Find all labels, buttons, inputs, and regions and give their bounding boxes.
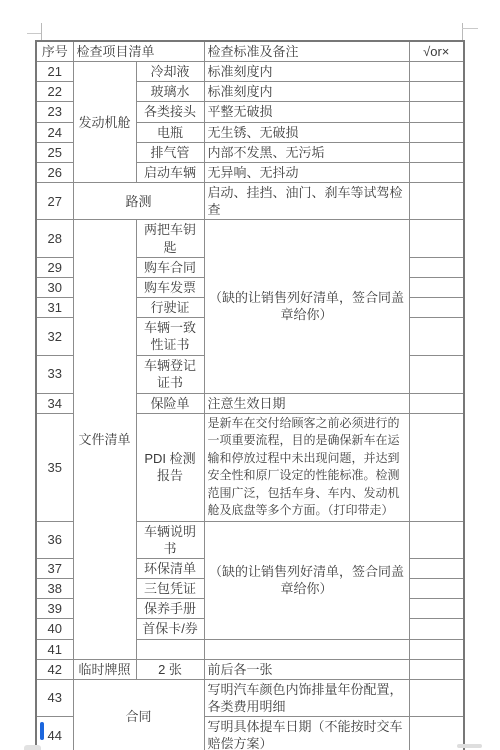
check-cell[interactable] (409, 183, 464, 220)
check-cell[interactable] (409, 619, 464, 639)
row-no: 22 (36, 82, 73, 102)
item-cell: 购车发票 (136, 277, 204, 297)
standard-cell: 标准刻度内 (204, 62, 409, 82)
row-no: 29 (36, 257, 73, 277)
item-cell: 启动车辆 (136, 162, 204, 182)
header-standard: 检查标准及备注 (204, 41, 409, 62)
table-row: 21 发动机舱 冷却液 标准刻度内 (36, 62, 464, 82)
text-cursor (40, 722, 44, 740)
item-cell (136, 639, 204, 659)
standard-cell (204, 639, 409, 659)
table-continuation-mark-right (462, 23, 463, 40)
check-cell[interactable] (409, 521, 464, 558)
row-no: 35 (36, 413, 73, 521)
table-continuation-mark-left (41, 23, 42, 40)
row-no: 33 (36, 355, 73, 393)
standard-cell: 前后各一张 (204, 659, 409, 679)
header-items: 检查项目清单 (73, 41, 204, 62)
table-row: 43 合同 写明汽车颜色内饰排量年份配置，各类费用明细 (36, 679, 464, 716)
check-cell[interactable] (409, 413, 464, 521)
standard-cell: 无异响、无抖动 (204, 162, 409, 182)
item-cell: 电瓶 (136, 122, 204, 142)
category-road-test: 路测 (73, 183, 204, 220)
header-check: √or× (409, 41, 464, 62)
check-cell[interactable] (409, 122, 464, 142)
missing-docs-note-2: （缺的让销售列好清单，签合同盖章给你） (204, 521, 409, 639)
table-continuation-mark-right-h (462, 28, 478, 29)
row-no: 21 (36, 62, 73, 82)
check-cell[interactable] (409, 717, 464, 750)
check-cell[interactable] (409, 599, 464, 619)
item-cell: 保险单 (136, 393, 204, 413)
item-cell: 冷却液 (136, 62, 204, 82)
row-no: 23 (36, 102, 73, 122)
table-row: 42 临时牌照 2 张 前后各一张 (36, 659, 464, 679)
document-page: 序号 检查项目清单 检查标准及备注 √or× 21 发动机舱 冷却液 标准刻度内… (0, 0, 500, 750)
check-cell[interactable] (409, 393, 464, 413)
check-cell[interactable] (409, 220, 464, 257)
check-cell[interactable] (409, 558, 464, 578)
table-row: 27 路测 启动、挂挡、油门、刹车等试驾检查 (36, 183, 464, 220)
check-cell[interactable] (409, 162, 464, 182)
row-no: 42 (36, 659, 73, 679)
missing-docs-note-1: （缺的让销售列好清单，签合同盖章给你） (204, 220, 409, 393)
check-cell[interactable] (409, 142, 464, 162)
check-cell[interactable] (409, 257, 464, 277)
item-cell: 行驶证 (136, 298, 204, 318)
item-cell: PDI 检测报告 (136, 413, 204, 521)
item-cell: 各类接头 (136, 102, 204, 122)
pdi-description-cell: 是新车在交付给顾客之前必须进行的一项重要流程，目的是确保新车在运输和停放过程中未… (204, 413, 409, 521)
row-no: 31 (36, 298, 73, 318)
row-no: 30 (36, 277, 73, 297)
row-no: 27 (36, 183, 73, 220)
check-cell[interactable] (409, 277, 464, 297)
category-engine-bay: 发动机舱 (73, 62, 136, 183)
item-cell: 环保清单 (136, 558, 204, 578)
row-no: 24 (36, 122, 73, 142)
row-no: 36 (36, 521, 73, 558)
row-no: 41 (36, 639, 73, 659)
table-header-row: 序号 检查项目清单 检查标准及备注 √or× (36, 41, 464, 62)
row-no: 37 (36, 558, 73, 578)
inspection-checklist-table[interactable]: 序号 检查项目清单 检查标准及备注 √or× 21 发动机舱 冷却液 标准刻度内… (35, 40, 465, 750)
category-contract: 合同 (73, 679, 204, 750)
check-cell[interactable] (409, 102, 464, 122)
standard-cell: 写明具体提车日期（不能按时交车赔偿方案） (204, 717, 409, 750)
check-cell[interactable] (409, 298, 464, 318)
check-cell[interactable] (409, 82, 464, 102)
item-cell: 首保卡/券 (136, 619, 204, 639)
row-no: 28 (36, 220, 73, 257)
bottom-left-ui-fragment (24, 745, 41, 750)
standard-cell: 无生锈、无破损 (204, 122, 409, 142)
standard-cell: 内部不发黑、无污垢 (204, 142, 409, 162)
item-cell: 三包凭证 (136, 579, 204, 599)
check-cell[interactable] (409, 659, 464, 679)
row-no: 39 (36, 599, 73, 619)
header-no: 序号 (36, 41, 73, 62)
check-cell[interactable] (409, 679, 464, 716)
row-no: 25 (36, 142, 73, 162)
category-temp-plate: 临时牌照 (73, 659, 136, 679)
row-no: 32 (36, 318, 73, 355)
standard-cell: 写明汽车颜色内饰排量年份配置，各类费用明细 (204, 679, 409, 716)
item-cell: 排气管 (136, 142, 204, 162)
check-cell[interactable] (409, 355, 464, 393)
row-no: 40 (36, 619, 73, 639)
check-cell[interactable] (409, 318, 464, 355)
item-cell: 两把车钥匙 (136, 220, 204, 257)
category-documents: 文件清单 (73, 220, 136, 659)
table-continuation-mark-left-h (27, 33, 41, 34)
check-cell[interactable] (409, 639, 464, 659)
row-no: 43 (36, 679, 73, 716)
check-cell[interactable] (409, 62, 464, 82)
item-cell: 车辆登记证书 (136, 355, 204, 393)
check-cell[interactable] (409, 579, 464, 599)
row-no: 34 (36, 393, 73, 413)
item-cell: 车辆一致性证书 (136, 318, 204, 355)
standard-cell: 启动、挂挡、油门、刹车等试驾检查 (204, 183, 409, 220)
item-cell: 车辆说明书 (136, 521, 204, 558)
standard-cell: 标准刻度内 (204, 82, 409, 102)
item-cell: 2 张 (136, 659, 204, 679)
standard-cell: 注意生效日期 (204, 393, 409, 413)
table-row: 28 文件清单 两把车钥匙 （缺的让销售列好清单，签合同盖章给你） (36, 220, 464, 257)
item-cell: 保养手册 (136, 599, 204, 619)
bottom-right-ui-fragment (457, 744, 482, 748)
item-cell: 购车合同 (136, 257, 204, 277)
standard-cell: 平整无破损 (204, 102, 409, 122)
row-no: 38 (36, 579, 73, 599)
row-no: 26 (36, 162, 73, 182)
item-cell: 玻璃水 (136, 82, 204, 102)
